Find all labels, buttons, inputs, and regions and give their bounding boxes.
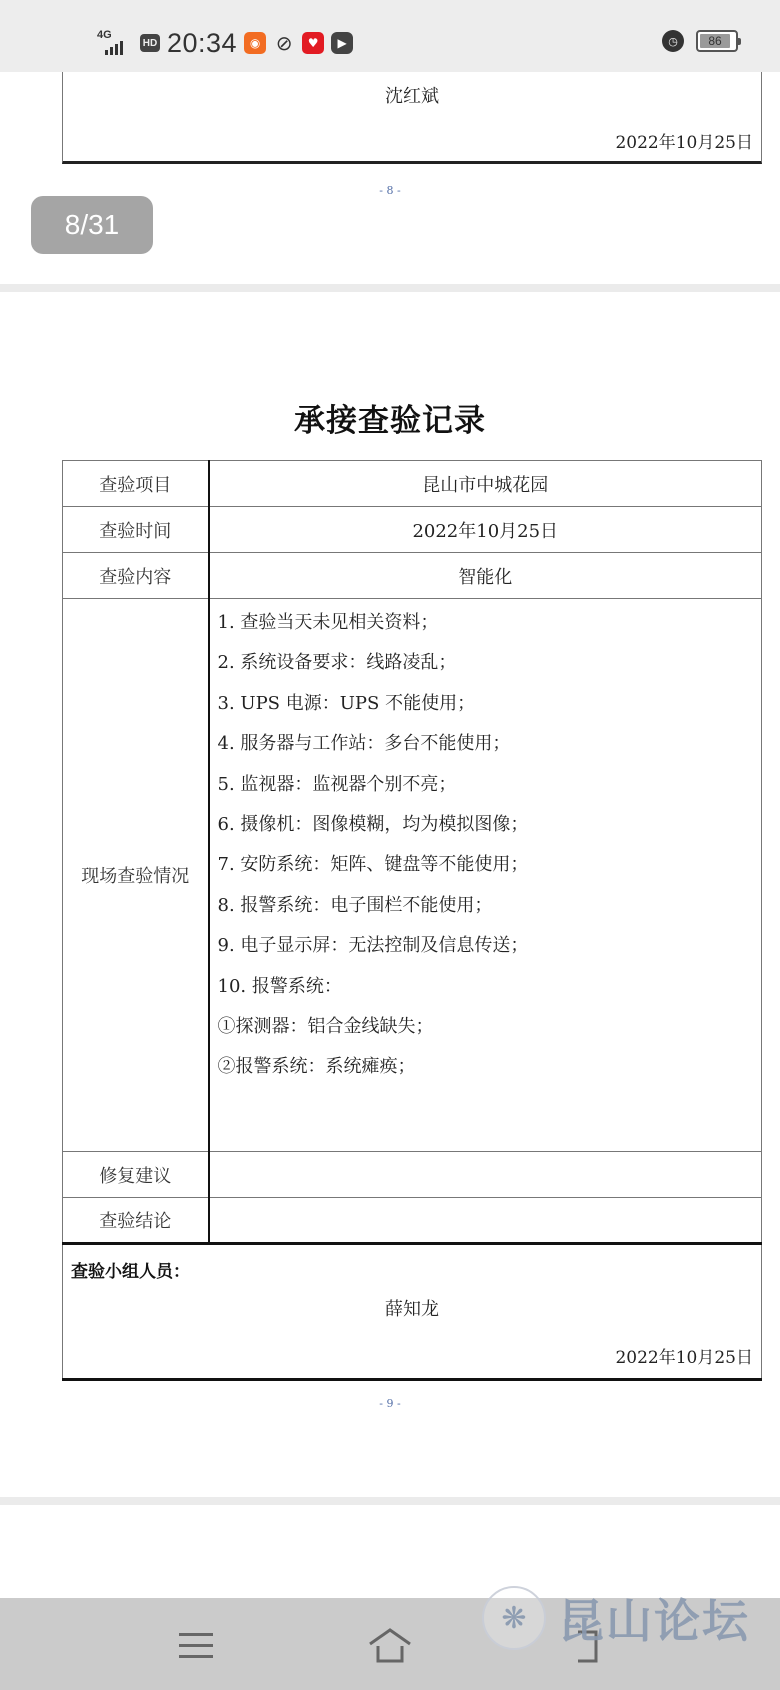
finding-item: 10. 报警系统： — [218, 974, 762, 1014]
menu-button[interactable] — [174, 1626, 218, 1666]
watermark-text: 昆山论坛 — [558, 1585, 750, 1651]
finding-item: 4. 服务器与工作站：多台不能使用； — [218, 731, 762, 771]
row-value: 2022年10月25日 — [209, 507, 762, 553]
finding-item: 2. 系统设备要求：线路凌乱； — [218, 650, 762, 690]
finding-item: 9. 电子显示屏：无法控制及信息传送； — [218, 933, 762, 973]
finding-item: 6. 摄像机：图像模糊，均为模拟图像； — [218, 812, 762, 852]
inspection-record-table: 查验项目 昆山市中城花园 查验时间 2022年10月25日 查验内容 智能化 现… — [62, 460, 762, 1381]
page-number: - 9 - — [0, 1397, 780, 1410]
repair-label: 修复建议 — [63, 1152, 209, 1198]
table-row: 查验内容 智能化 — [63, 553, 762, 599]
conclusion-label: 查验结论 — [63, 1198, 209, 1244]
row-label: 查验内容 — [63, 553, 209, 599]
row-label: 查验时间 — [63, 507, 209, 553]
forum-watermark: ❋ 昆山论坛 — [482, 1580, 772, 1656]
document-title: 承接查验记录 — [0, 395, 780, 440]
alarm-clock-icon: ◷ — [662, 30, 684, 52]
row-value: 昆山市中城花园 — [209, 461, 762, 507]
finding-item: ②报警系统：系统瘫痪； — [218, 1054, 762, 1094]
battery-level: 86 — [698, 32, 732, 50]
table-row-team: 查验小组人员： 薛知龙 2022年10月25日 — [63, 1244, 762, 1380]
menu-icon — [177, 1630, 215, 1662]
status-bar: 4G HD 20:34 ◉ ⊘ ♥ ▶ ◷ 86 — [0, 0, 780, 72]
forum-logo-icon: ❋ — [482, 1586, 546, 1650]
team-member: 薛知龙 — [63, 1295, 761, 1321]
row-value: 智能化 — [209, 553, 762, 599]
pinduoduo-icon: ♥ — [302, 32, 324, 54]
browser-icon: ⊘ — [273, 32, 295, 54]
conclusion-value — [209, 1198, 762, 1244]
table-row: 查验项目 昆山市中城花园 — [63, 461, 762, 507]
clock: 20:34 — [167, 28, 237, 59]
finding-item: 5. 监视器：监视器个别不亮； — [218, 772, 762, 812]
row-label: 查验项目 — [63, 461, 209, 507]
page-9: 承接查验记录 查验项目 昆山市中城花园 查验时间 2022年10月25日 查验内… — [0, 292, 780, 1497]
signatory-name: 沈红斌 — [63, 82, 761, 108]
team-date: 2022年10月25日 — [615, 1343, 753, 1368]
findings-label: 现场查验情况 — [63, 599, 209, 1152]
findings-list: 1. 查验当天未见相关资料； 2. 系统设备要求：线路凌乱； 3. UPS 电源… — [209, 599, 762, 1152]
signature-date: 2022年10月25日 — [615, 128, 753, 153]
table-row-findings: 现场查验情况 1. 查验当天未见相关资料； 2. 系统设备要求：线路凌乱； 3.… — [63, 599, 762, 1152]
table-row: 查验时间 2022年10月25日 — [63, 507, 762, 553]
table-row-conclusion: 查验结论 — [63, 1198, 762, 1244]
table-row-repair: 修复建议 — [63, 1152, 762, 1198]
network-type: 4G — [97, 29, 112, 41]
team-label: 查验小组人员： — [71, 1257, 190, 1282]
finding-item: 8. 报警系统：电子围栏不能使用； — [218, 893, 762, 933]
hd-icon: HD — [140, 34, 160, 52]
video-player-icon: ▶ — [331, 32, 353, 54]
repair-value — [209, 1152, 762, 1198]
page-indicator: 8/31 — [31, 196, 153, 254]
signature-box: 沈红斌 2022年10月25日 — [62, 72, 762, 164]
team-cell: 查验小组人员： 薛知龙 2022年10月25日 — [63, 1244, 762, 1380]
finding-item: 3. UPS 电源：UPS 不能使用； — [218, 691, 762, 731]
battery-icon: 86 — [696, 30, 738, 52]
finding-item: ①探测器：铝合金线缺失； — [218, 1014, 762, 1054]
finding-item: 7. 安防系统：矩阵、键盘等不能使用； — [218, 852, 762, 892]
finding-item: 1. 查验当天未见相关资料； — [218, 610, 762, 650]
signal-icon: 4G — [97, 29, 133, 57]
home-icon — [368, 1628, 412, 1664]
kuaishou-icon: ◉ — [244, 32, 266, 54]
home-button[interactable] — [368, 1626, 412, 1666]
